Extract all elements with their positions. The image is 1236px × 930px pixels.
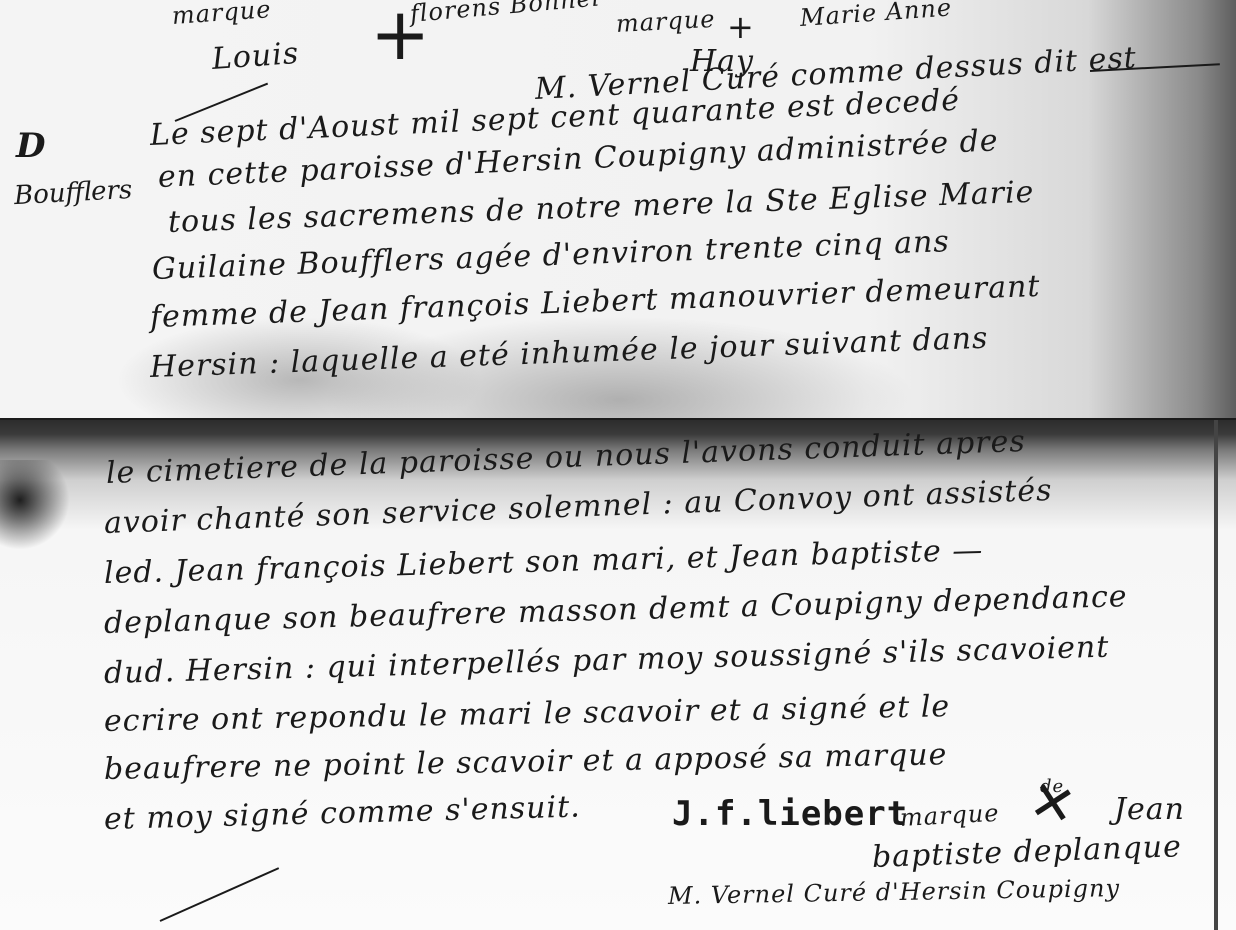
entry-line-13: beaufrere ne point le scavoir et a appos… bbox=[104, 737, 948, 787]
entry-line-14: et moy signé comme s'ensuit. bbox=[104, 790, 582, 837]
margin-surname: Boufflers bbox=[13, 175, 133, 211]
signer-1-first-name: Louis bbox=[211, 36, 301, 77]
entry-line-10: deplanque son beaufrere masson demt a Co… bbox=[104, 579, 1128, 641]
signer-1-name: florens Bonnel bbox=[409, 0, 602, 28]
entry-mark: D bbox=[16, 126, 45, 166]
signer-2-name: Marie Anne bbox=[799, 0, 953, 32]
entry-line-9: led. Jean françois Liebert son mari, et … bbox=[104, 533, 984, 591]
entry-line-12: ecrire ont repondu le mari le scavoir et… bbox=[104, 689, 951, 739]
scan-strip-top: marque Louis + florens Bonnel marque + M… bbox=[0, 0, 1236, 420]
closing-mark-label: marque bbox=[899, 799, 1000, 832]
signature-flourish bbox=[160, 867, 280, 922]
mark-label-1: marque bbox=[171, 0, 272, 30]
marker-name-2: baptiste deplanque bbox=[871, 829, 1182, 875]
entry-line-11: dud. Hersin : qui interpellés par moy so… bbox=[104, 630, 1110, 691]
cross-mark-icon: + bbox=[727, 8, 754, 46]
priest-signature-closing: M. Vernel Curé d'Hersin Coupigny bbox=[668, 874, 1120, 910]
scan-strip-bottom: le cimetiere de la paroisse ou nous l'av… bbox=[0, 420, 1236, 930]
marker-name-1: Jean bbox=[1114, 792, 1185, 827]
mark-label-2: marque bbox=[615, 5, 716, 38]
x-mark-icon: ✕ bbox=[1024, 768, 1081, 839]
husband-signature: J.f.liebert bbox=[672, 794, 908, 834]
